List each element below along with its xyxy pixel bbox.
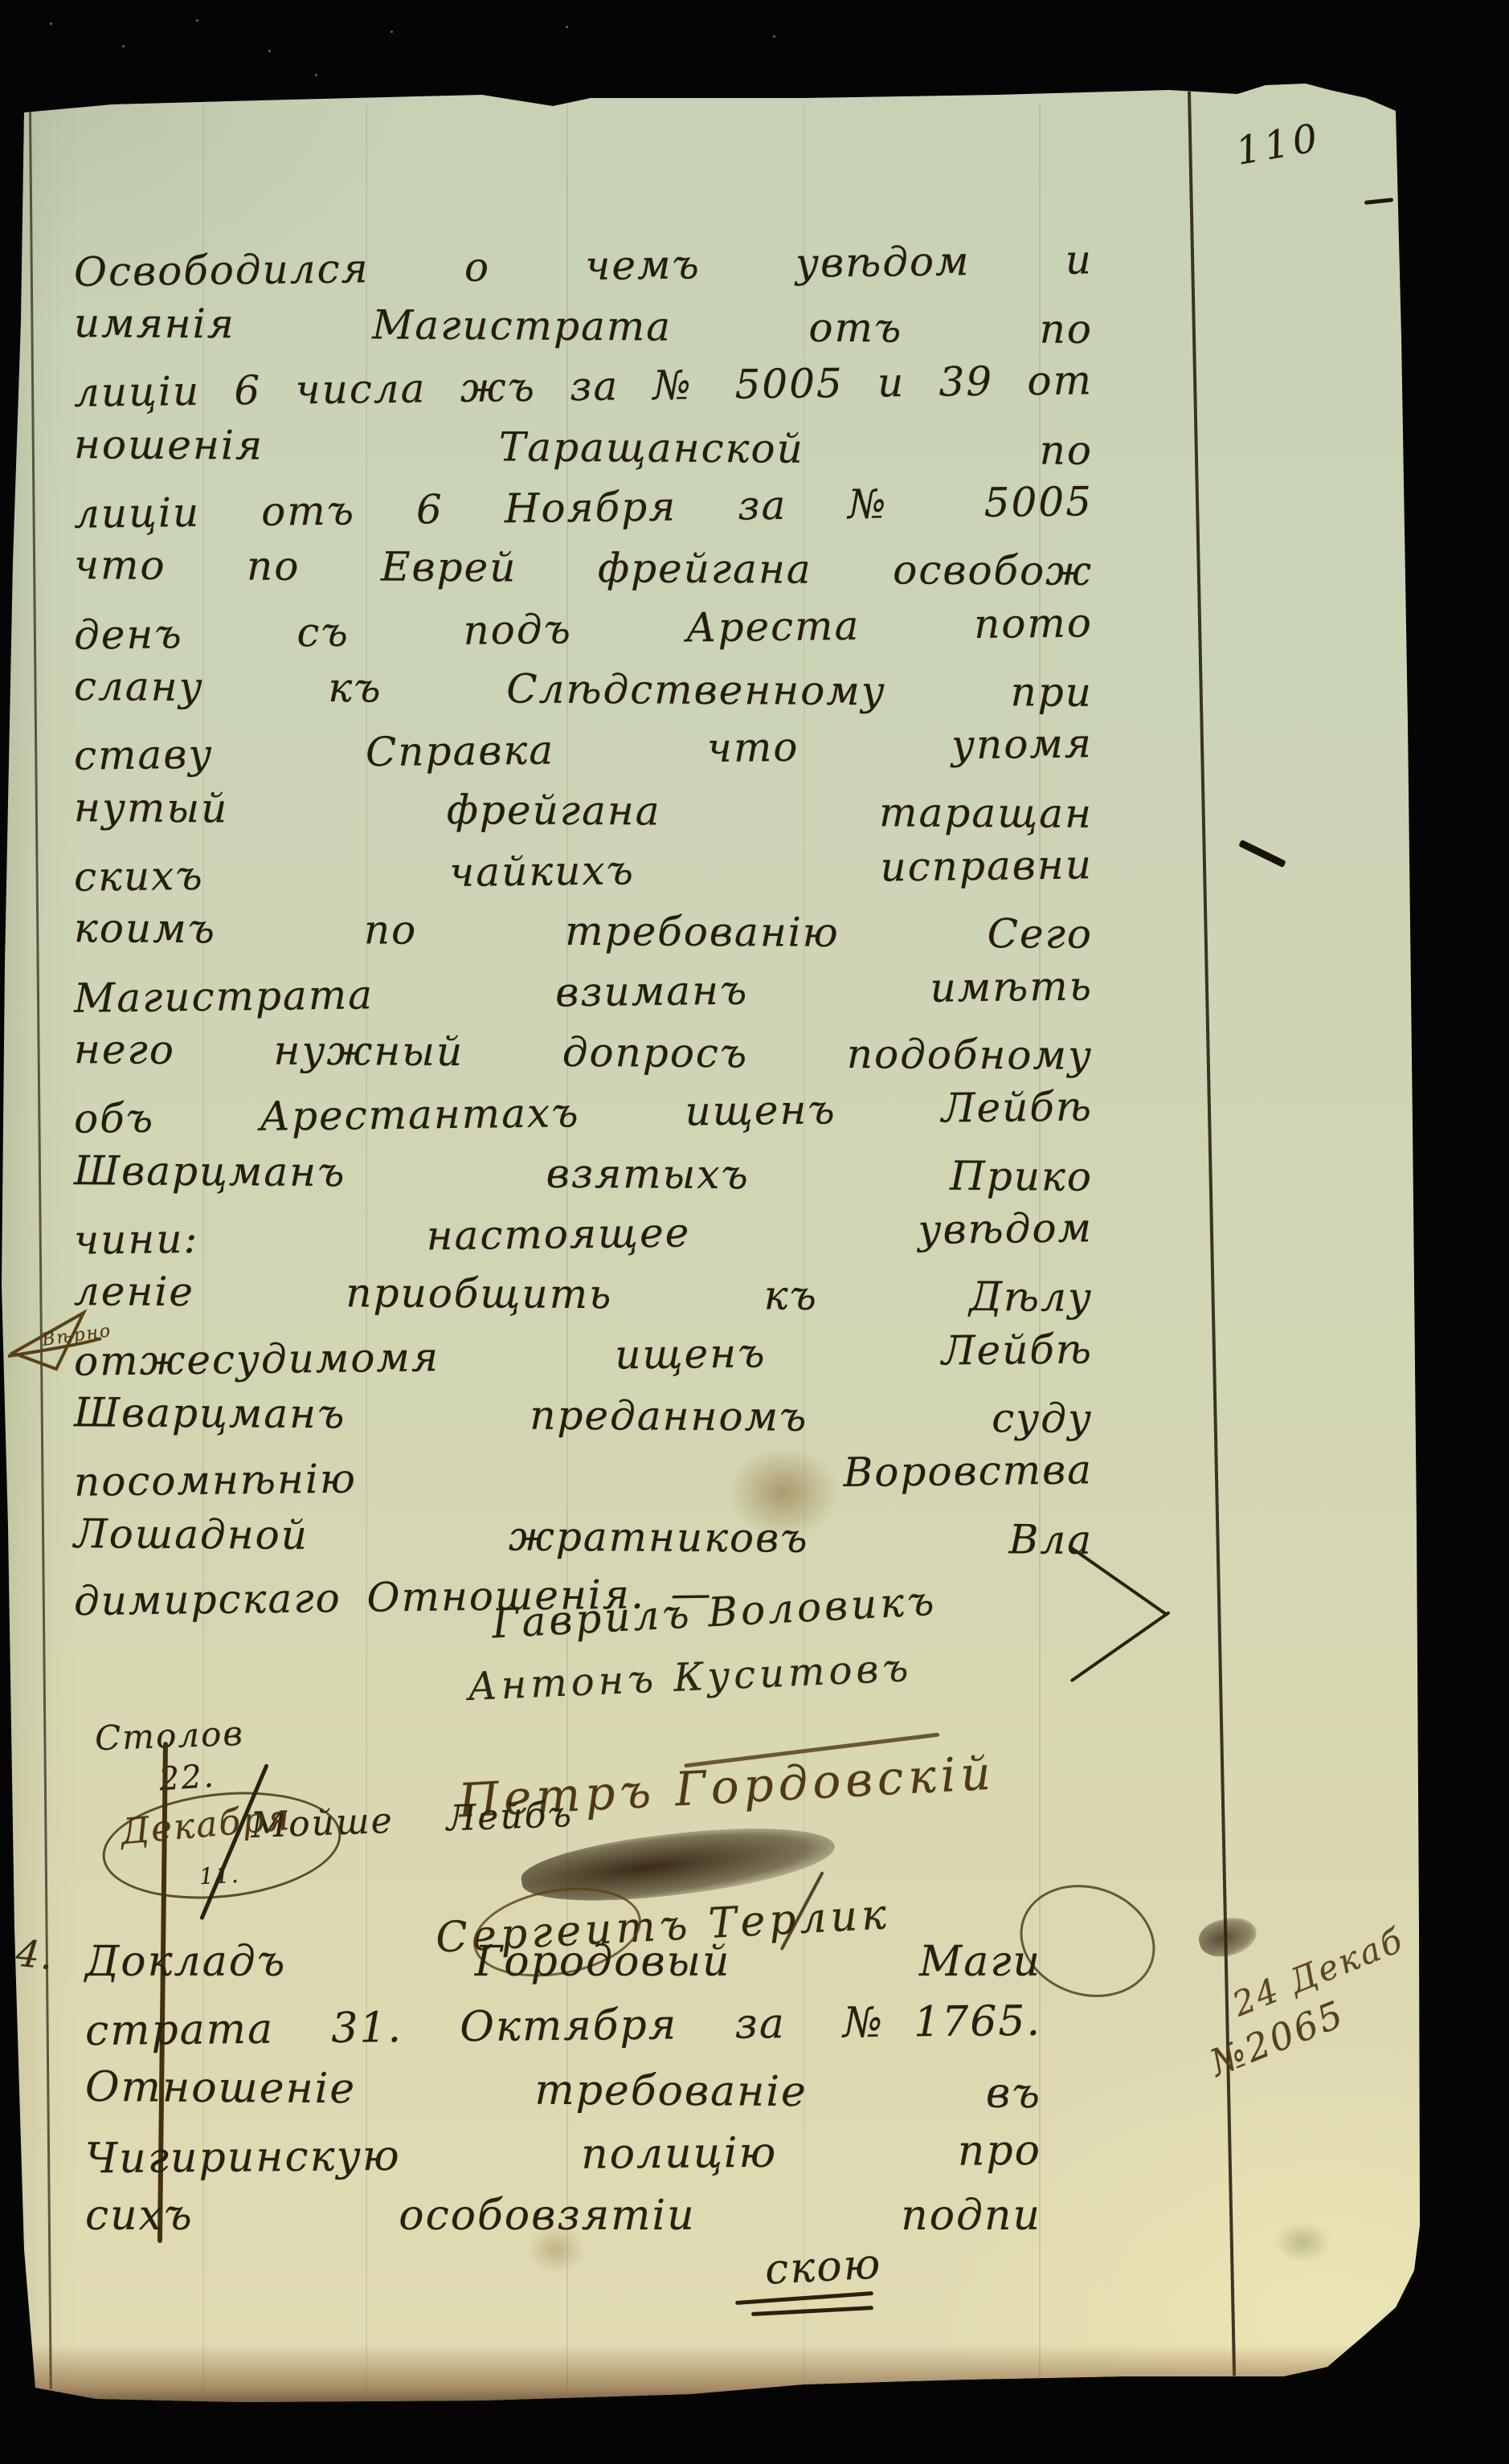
- manuscript-line: отжесудимомя ищенъ Лейбѣ: [74, 1326, 1094, 1384]
- manuscript-line: Освободился о чемъ увѣдом и: [74, 236, 1094, 295]
- manuscript-line: леніе приобщить къ Дѣлу: [74, 1268, 1093, 1321]
- left-fold-rule-line: [29, 111, 52, 2389]
- manuscript-line: коимъ по требованію Сего: [74, 905, 1093, 958]
- scan-noise-speck: [391, 31, 393, 33]
- docket-line-continuation: скою: [764, 2240, 883, 2294]
- scan-noise-speck: [315, 74, 317, 76]
- manuscript-line: что по Еврей фрейгана освобож: [74, 541, 1093, 595]
- margin-tick-mark: [1238, 840, 1286, 868]
- manuscript-line: слану къ Слѣдственному при: [74, 663, 1093, 716]
- right-margin-rule-line: [1188, 92, 1236, 2376]
- manuscript-line: нутый фрейгана таращан: [74, 784, 1093, 837]
- manuscript-line: имянія Магистрата отъ по: [74, 300, 1093, 353]
- date-block-title: Столов: [94, 1714, 244, 1758]
- manuscript-line: лиціи 6 числа жъ за № 5005 и 39 от: [74, 357, 1094, 415]
- scan-noise-speck: [268, 50, 271, 52]
- paraph-oval: [97, 1781, 346, 1910]
- scan-noise-speck: [122, 45, 125, 47]
- manuscript-line: чини: настоящее увѣдом: [74, 1204, 1094, 1263]
- signature-flourish: [1070, 1611, 1171, 1682]
- manuscript-line: Лошадной жратниковъ Вла: [74, 1510, 1093, 1563]
- manuscript-line: ставу Справка что упомя: [74, 720, 1094, 778]
- docket-line: Докладъ Городовый Маги: [85, 1938, 1041, 1986]
- manuscript-line: посомнѣнію Воровства: [74, 1446, 1094, 1505]
- docket-line: Отношеніе требованіе въ: [85, 2063, 1041, 2118]
- docket-line: страта 31. Октября за №1765.: [85, 1997, 1042, 2055]
- ink-stain: [1274, 2221, 1331, 2263]
- closing-underline-stroke: [751, 2306, 873, 2316]
- docket-line: Чигиринскую полицію про: [85, 2127, 1041, 2183]
- signature-flourish: [1068, 1545, 1168, 1616]
- torn-edge-smear: [24, 2344, 1406, 2402]
- manuscript-line: Шварцманъ взятыхъ Прико: [74, 1147, 1093, 1200]
- margin-tick-mark: [1364, 198, 1393, 205]
- manuscript-line: ношенія Таращанской по: [74, 421, 1093, 474]
- scan-noise-speck: [196, 19, 198, 22]
- docket-line: сихъ особовзятіи подпи: [85, 2192, 1041, 2240]
- manuscript-page: 110 Освободился о чемъ увѣдом и имянія М…: [0, 0, 1509, 2464]
- margin-item-number: 4.: [14, 1931, 56, 1979]
- signature-second: Антонъ Куситовъ: [467, 1645, 913, 1710]
- scan-noise-speck: [566, 26, 568, 28]
- scanned-manuscript: 110 Освободился о чемъ увѣдом и имянія М…: [0, 0, 1509, 2464]
- scan-noise-speck: [50, 22, 52, 25]
- torn-corner-smear: [1311, 2256, 1470, 2388]
- scan-noise-speck: [773, 35, 775, 38]
- manuscript-line: лиціи отъ 6 Ноября за № 5005: [74, 478, 1094, 537]
- manuscript-line: Магистрата взиманъ имѣть: [74, 962, 1094, 1021]
- margin-ink-smudge: [1195, 1911, 1260, 1962]
- page-number: 110: [1233, 115, 1325, 174]
- manuscript-line: объ Арестантахъ ищенъ Лейбѣ: [74, 1083, 1094, 1142]
- manuscript-line: Шварцманъ преданномъ суду: [74, 1389, 1093, 1442]
- manuscript-line: денъ съ подъ Ареста пото: [74, 599, 1094, 658]
- manuscript-line: него нужный допросъ подобному: [74, 1026, 1093, 1079]
- manuscript-line: скихъ чайкихъ исправни: [74, 841, 1094, 900]
